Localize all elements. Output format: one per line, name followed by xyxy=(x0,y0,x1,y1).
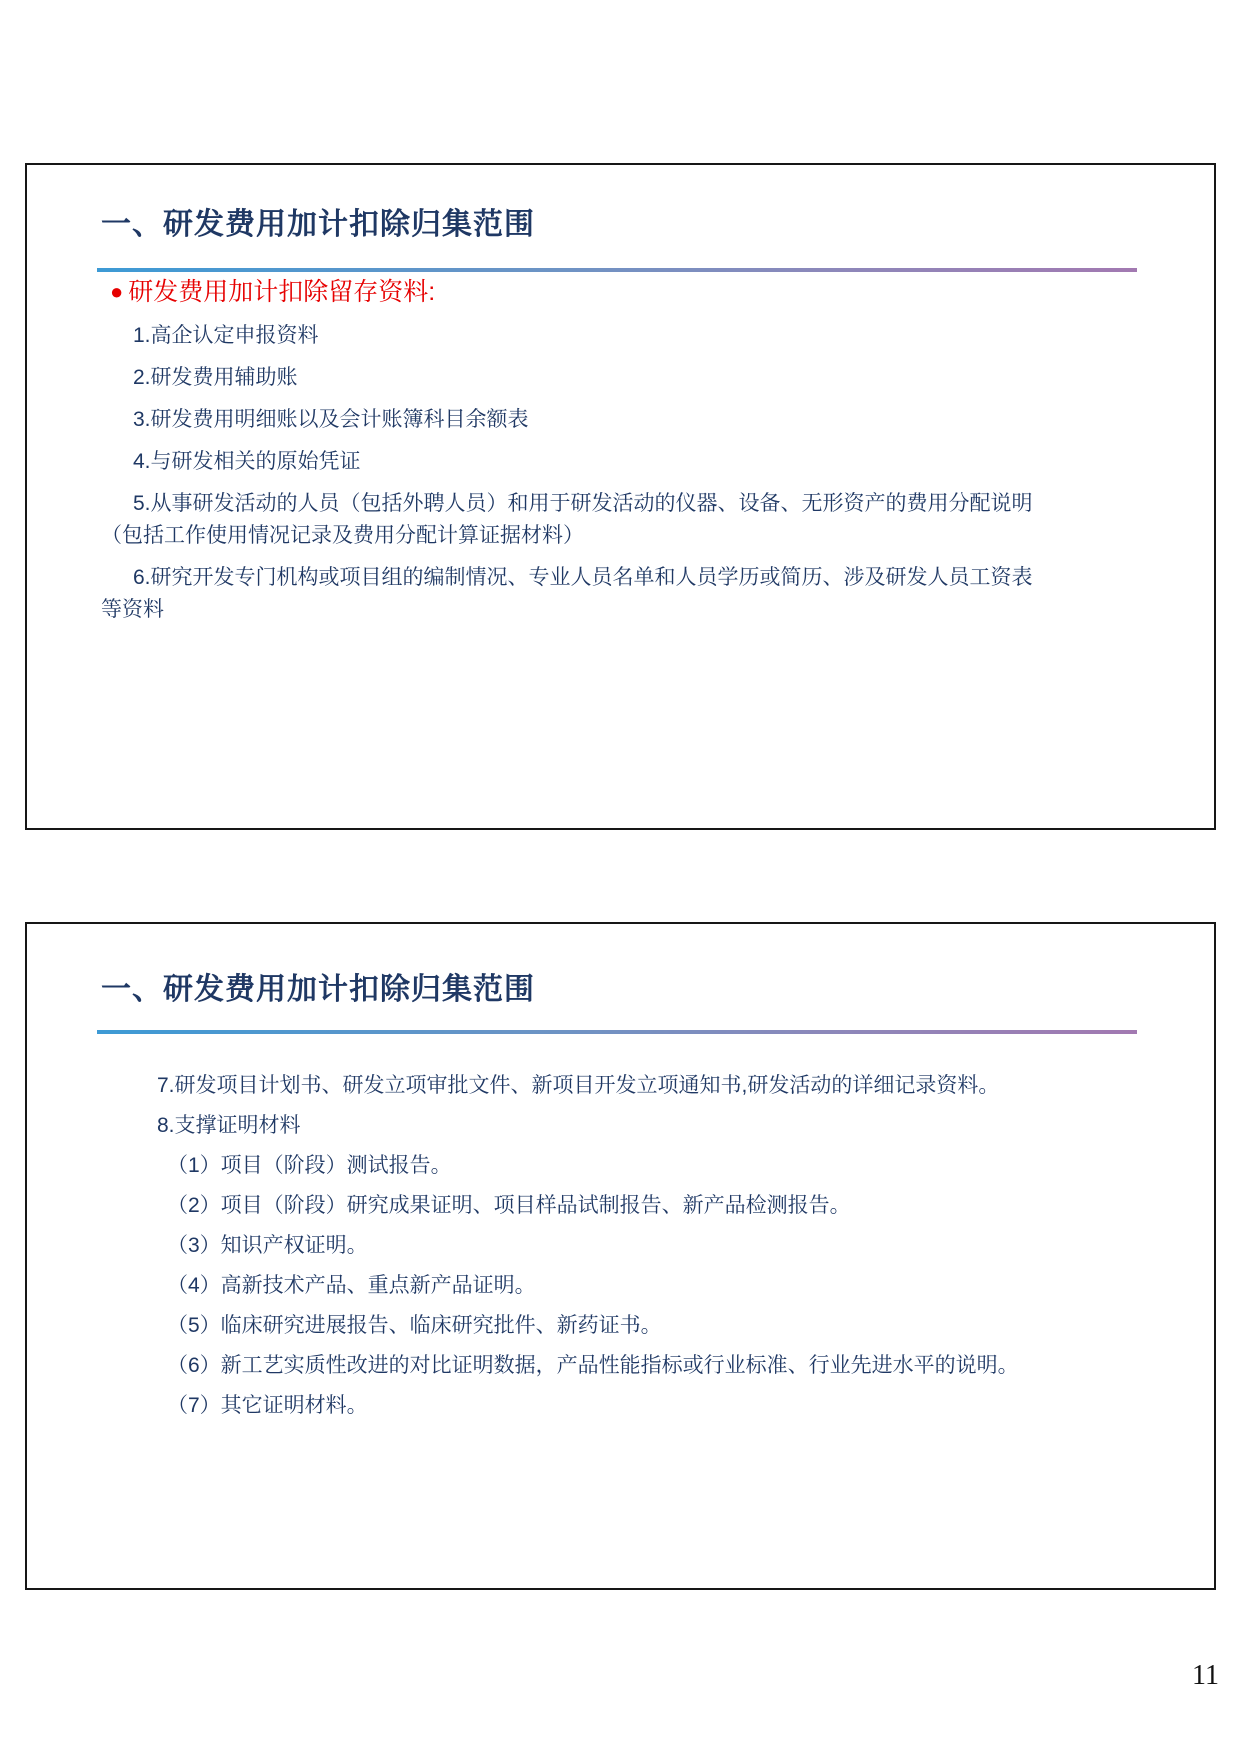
retained-materials-heading-text: 研发费用加计扣除留存资料: xyxy=(128,278,435,306)
list-item: （3）知识产权证明。 xyxy=(167,1230,1157,1262)
list-item: 4.与研发相关的原始凭证 xyxy=(101,446,1041,478)
red-bullet-icon: ● xyxy=(110,276,123,308)
title-divider xyxy=(97,268,1137,272)
list-item: （2）项目（阶段）研究成果证明、项目样品试制报告、新产品检测报告。 xyxy=(167,1190,1157,1222)
list-item: 7.研发项目计划书、研发立项审批文件、新项目开发立项通知书,研发活动的详细记录资… xyxy=(157,1070,1157,1102)
list-item: （4）高新技术产品、重点新产品证明。 xyxy=(167,1270,1157,1302)
slide-2: 一、研发费用加计扣除归集范围 7.研发项目计划书、研发立项审批文件、新项目开发立… xyxy=(25,922,1216,1590)
slide-1-item-list: 1.高企认定申报资料 2.研发费用辅助账 3.研发费用明细账以及会计账簿科目余额… xyxy=(101,320,1041,626)
list-item: 3.研发费用明细账以及会计账簿科目余额表 xyxy=(101,404,1041,436)
page-number: 11 xyxy=(1192,1660,1219,1692)
slide-1-title: 一、研发费用加计扣除归集范围 xyxy=(101,207,1214,243)
title-divider xyxy=(97,1030,1137,1034)
list-item: （5）临床研究进展报告、临床研究批件、新药证书。 xyxy=(167,1310,1157,1342)
list-item: （1）项目（阶段）测试报告。 xyxy=(167,1150,1157,1182)
list-item: 5.从事研发活动的人员（包括外聘人员）和用于研发活动的仪器、设备、无形资产的费用… xyxy=(101,488,1041,552)
list-item: （7）其它证明材料。 xyxy=(167,1390,1157,1422)
slide-2-item-list: 7.研发项目计划书、研发立项审批文件、新项目开发立项通知书,研发活动的详细记录资… xyxy=(157,1070,1157,1422)
document-page: 一、研发费用加计扣除归集范围 ●研发费用加计扣除留存资料: 1.高企认定申报资料… xyxy=(0,0,1241,1755)
slide-2-title: 一、研发费用加计扣除归集范围 xyxy=(101,972,1214,1008)
list-item: 1.高企认定申报资料 xyxy=(101,320,1041,352)
slide-1: 一、研发费用加计扣除归集范围 ●研发费用加计扣除留存资料: 1.高企认定申报资料… xyxy=(25,163,1216,830)
list-item: 2.研发费用辅助账 xyxy=(101,362,1041,394)
list-item: 8.支撑证明材料 xyxy=(157,1110,1157,1142)
list-item: 6.研究开发专门机构或项目组的编制情况、专业人员名单和人员学历或简历、涉及研发人… xyxy=(101,562,1041,626)
retained-materials-heading: ●研发费用加计扣除留存资料: xyxy=(110,276,1214,308)
list-item: （6）新工艺实质性改进的对比证明数据，产品性能指标或行业标准、行业先进水平的说明… xyxy=(167,1350,1157,1382)
